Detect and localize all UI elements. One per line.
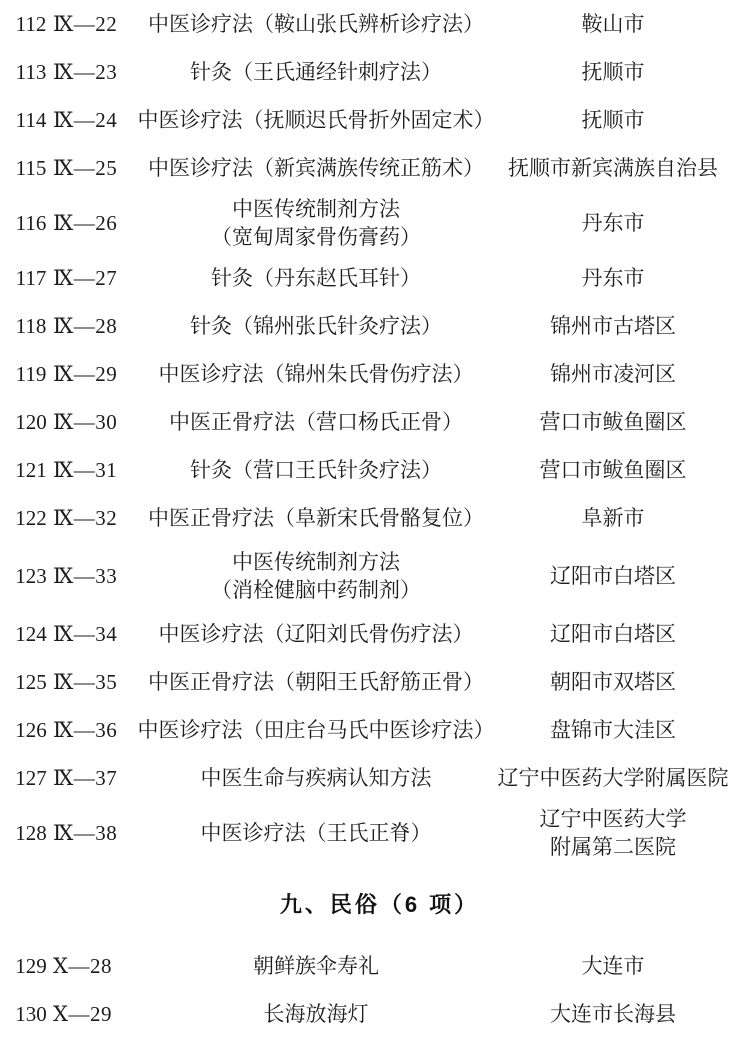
row-code: Ⅸ—38	[53, 821, 111, 846]
row-number: 128	[0, 821, 53, 846]
item-name: 中医诊疗法（王氏正脊）	[111, 819, 497, 847]
table-row: 112 Ⅸ—22 中医诊疗法（鞍山张氏辨析诊疗法） 鞍山市	[0, 0, 729, 48]
row-code: Ⅸ—33	[53, 564, 111, 589]
row-number: 122	[0, 506, 53, 531]
item-location-line: 锦州市凌河区	[497, 360, 729, 388]
item-name-line: 中医诊疗法（抚顺迟氏骨折外固定术）	[135, 106, 497, 134]
item-location: 阜新市	[497, 504, 729, 532]
item-name: 中医生命与疾病认知方法	[111, 764, 497, 792]
item-location: 锦州市凌河区	[497, 360, 729, 388]
item-location: 抚顺市新宾满族自治县	[497, 154, 729, 182]
item-name-line: 中医传统制剂方法	[135, 548, 497, 576]
item-name-line: 中医诊疗法（鞍山张氏辨析诊疗法）	[135, 10, 497, 38]
item-name-line: 针灸（营口王氏针灸疗法）	[135, 456, 497, 484]
table-row: 128 Ⅸ—38 中医诊疗法（王氏正脊） 辽宁中医药大学附属第二医院	[0, 802, 729, 864]
item-name-line: 针灸（王氏通经针刺疗法）	[135, 58, 497, 86]
item-location-line: 抚顺市	[497, 58, 729, 86]
item-name: 中医诊疗法（田庄台马氏中医诊疗法）	[111, 716, 497, 744]
table-row: 113 Ⅸ—23 针灸（王氏通经针刺疗法） 抚顺市	[0, 48, 729, 96]
item-location: 丹东市	[497, 264, 729, 292]
row-code: Ⅸ—22	[53, 12, 111, 37]
row-number: 121	[0, 458, 53, 483]
table-row: 123 Ⅸ—33 中医传统制剂方法（消栓健脑中药制剂） 辽阳市白塔区	[0, 542, 729, 610]
folk-customs-table: 129 Ⅹ—28 朝鲜族伞寿礼 大连市 130 Ⅹ—29 长海放海灯 大连市长海…	[0, 942, 729, 1038]
item-name-line: 中医生命与疾病认知方法	[135, 764, 497, 792]
row-number: 114	[0, 108, 53, 133]
item-name: 中医诊疗法（新宾满族传统正筋术）	[111, 154, 497, 182]
item-name-line: 中医诊疗法（田庄台马氏中医诊疗法）	[135, 716, 497, 744]
item-name: 针灸（营口王氏针灸疗法）	[111, 456, 497, 484]
item-location-line: 阜新市	[497, 504, 729, 532]
item-location-line: 大连市	[497, 952, 729, 980]
row-code: Ⅸ—26	[53, 211, 111, 236]
item-location-line: 抚顺市	[497, 106, 729, 134]
row-number: 120	[0, 410, 53, 435]
row-code: Ⅹ—29	[53, 1002, 111, 1027]
item-location: 大连市	[497, 952, 729, 980]
item-name: 长海放海灯	[111, 1000, 497, 1028]
row-code: Ⅸ—30	[53, 410, 111, 435]
item-location: 营口市鲅鱼圈区	[497, 408, 729, 436]
item-name-line: 针灸（丹东赵氏耳针）	[135, 264, 497, 292]
item-location: 营口市鲅鱼圈区	[497, 456, 729, 484]
row-code: Ⅹ—28	[53, 954, 111, 979]
row-code: Ⅸ—37	[53, 766, 111, 791]
item-location: 朝阳市双塔区	[497, 668, 729, 696]
item-location: 辽阳市白塔区	[497, 562, 729, 590]
row-code: Ⅸ—27	[53, 266, 111, 291]
row-number: 112	[0, 12, 53, 37]
row-code: Ⅸ—29	[53, 362, 111, 387]
item-location: 辽阳市白塔区	[497, 620, 729, 648]
table-row: 130 Ⅹ—29 长海放海灯 大连市长海县	[0, 990, 729, 1038]
row-number: 113	[0, 60, 53, 85]
table-row: 120 Ⅸ—30 中医正骨疗法（营口杨氏正骨） 营口市鲅鱼圈区	[0, 398, 729, 446]
item-name-line: 中医正骨疗法（营口杨氏正骨）	[135, 408, 497, 436]
item-location-line: 营口市鲅鱼圈区	[497, 456, 729, 484]
item-location-line: 丹东市	[497, 209, 729, 237]
item-name-line: 中医正骨疗法（阜新宋氏骨骼复位）	[135, 504, 497, 532]
table-row: 121 Ⅸ—31 针灸（营口王氏针灸疗法） 营口市鲅鱼圈区	[0, 446, 729, 494]
table-row: 119 Ⅸ—29 中医诊疗法（锦州朱氏骨伤疗法） 锦州市凌河区	[0, 350, 729, 398]
row-number: 124	[0, 622, 53, 647]
item-name: 中医传统制剂方法（宽甸周家骨伤膏药）	[111, 195, 497, 251]
item-name: 中医诊疗法（抚顺迟氏骨折外固定术）	[111, 106, 497, 134]
document-page: 112 Ⅸ—22 中医诊疗法（鞍山张氏辨析诊疗法） 鞍山市 113 Ⅸ—23 针…	[0, 0, 729, 1039]
item-name: 中医诊疗法（锦州朱氏骨伤疗法）	[111, 360, 497, 388]
item-name-line: （宽甸周家骨伤膏药）	[135, 223, 497, 251]
item-name-line: 针灸（锦州张氏针灸疗法）	[135, 312, 497, 340]
item-location-line: 盘锦市大洼区	[497, 716, 729, 744]
row-code: Ⅸ—32	[53, 506, 111, 531]
row-code: Ⅸ—34	[53, 622, 111, 647]
row-number: 126	[0, 718, 53, 743]
item-location: 鞍山市	[497, 10, 729, 38]
item-name: 中医正骨疗法（阜新宋氏骨骼复位）	[111, 504, 497, 532]
item-location: 丹东市	[497, 209, 729, 237]
item-name-line: 朝鲜族伞寿礼	[135, 952, 497, 980]
table-row: 118 Ⅸ—28 针灸（锦州张氏针灸疗法） 锦州市古塔区	[0, 302, 729, 350]
item-name-line: 中医诊疗法（新宾满族传统正筋术）	[135, 154, 497, 182]
item-location-line: 附属第二医院	[497, 833, 729, 861]
item-location: 抚顺市	[497, 58, 729, 86]
item-name: 中医传统制剂方法（消栓健脑中药制剂）	[111, 548, 497, 604]
item-location-line: 朝阳市双塔区	[497, 668, 729, 696]
item-location-line: 辽阳市白塔区	[497, 620, 729, 648]
row-code: Ⅸ—35	[53, 670, 111, 695]
item-name-line: 中医诊疗法（锦州朱氏骨伤疗法）	[135, 360, 497, 388]
row-number: 119	[0, 362, 53, 387]
row-code: Ⅸ—25	[53, 156, 111, 181]
item-location-line: 大连市长海县	[497, 1000, 729, 1028]
section-heading-wrap: 九、民俗（6 项）	[0, 864, 729, 942]
item-name: 朝鲜族伞寿礼	[111, 952, 497, 980]
item-location: 盘锦市大洼区	[497, 716, 729, 744]
item-name: 中医诊疗法（辽阳刘氏骨伤疗法）	[111, 620, 497, 648]
row-code: Ⅸ—23	[53, 60, 111, 85]
table-row: 122 Ⅸ—32 中医正骨疗法（阜新宋氏骨骼复位） 阜新市	[0, 494, 729, 542]
item-name-line: （消栓健脑中药制剂）	[135, 576, 497, 604]
item-location: 锦州市古塔区	[497, 312, 729, 340]
row-number: 130	[0, 1002, 53, 1027]
row-number: 116	[0, 211, 53, 236]
item-name: 中医正骨疗法（营口杨氏正骨）	[111, 408, 497, 436]
row-code: Ⅸ—24	[53, 108, 111, 133]
item-name-line: 中医诊疗法（王氏正脊）	[135, 819, 497, 847]
row-number: 123	[0, 564, 53, 589]
item-location: 大连市长海县	[497, 1000, 729, 1028]
item-name: 针灸（锦州张氏针灸疗法）	[111, 312, 497, 340]
section-heading: 九、民俗（6 项）	[250, 888, 479, 919]
item-location: 辽宁中医药大学附属第二医院	[497, 805, 729, 861]
table-row: 114 Ⅸ—24 中医诊疗法（抚顺迟氏骨折外固定术） 抚顺市	[0, 96, 729, 144]
table-row: 127 Ⅸ—37 中医生命与疾病认知方法 辽宁中医药大学附属医院	[0, 754, 729, 802]
table-row: 126 Ⅸ—36 中医诊疗法（田庄台马氏中医诊疗法） 盘锦市大洼区	[0, 706, 729, 754]
item-name-line: 长海放海灯	[135, 1000, 497, 1028]
item-location-line: 鞍山市	[497, 10, 729, 38]
table-row: 115 Ⅸ—25 中医诊疗法（新宾满族传统正筋术） 抚顺市新宾满族自治县	[0, 144, 729, 192]
item-name: 针灸（王氏通经针刺疗法）	[111, 58, 497, 86]
table-row: 117 Ⅸ—27 针灸（丹东赵氏耳针） 丹东市	[0, 254, 729, 302]
row-number: 125	[0, 670, 53, 695]
row-number: 127	[0, 766, 53, 791]
item-location-line: 辽宁中医药大学附属医院	[497, 764, 729, 792]
item-location-line: 营口市鲅鱼圈区	[497, 408, 729, 436]
item-name: 中医诊疗法（鞍山张氏辨析诊疗法）	[111, 10, 497, 38]
table-row: 116 Ⅸ—26 中医传统制剂方法（宽甸周家骨伤膏药） 丹东市	[0, 192, 729, 254]
row-number: 118	[0, 314, 53, 339]
row-code: Ⅸ—31	[53, 458, 111, 483]
item-location-line: 辽阳市白塔区	[497, 562, 729, 590]
row-number: 115	[0, 156, 53, 181]
row-number: 129	[0, 954, 53, 979]
table-row: 124 Ⅸ—34 中医诊疗法（辽阳刘氏骨伤疗法） 辽阳市白塔区	[0, 610, 729, 658]
item-location: 抚顺市	[497, 106, 729, 134]
item-name-line: 中医传统制剂方法	[135, 195, 497, 223]
row-code: Ⅸ—36	[53, 718, 111, 743]
table-row: 129 Ⅹ—28 朝鲜族伞寿礼 大连市	[0, 942, 729, 990]
table-row: 125 Ⅸ—35 中医正骨疗法（朝阳王氏舒筋正骨） 朝阳市双塔区	[0, 658, 729, 706]
item-location-line: 丹东市	[497, 264, 729, 292]
item-location-line: 锦州市古塔区	[497, 312, 729, 340]
item-location-line: 辽宁中医药大学	[497, 805, 729, 833]
traditional-medicine-table: 112 Ⅸ—22 中医诊疗法（鞍山张氏辨析诊疗法） 鞍山市 113 Ⅸ—23 针…	[0, 0, 729, 864]
item-name: 针灸（丹东赵氏耳针）	[111, 264, 497, 292]
item-name-line: 中医诊疗法（辽阳刘氏骨伤疗法）	[135, 620, 497, 648]
row-code: Ⅸ—28	[53, 314, 111, 339]
item-name-line: 中医正骨疗法（朝阳王氏舒筋正骨）	[135, 668, 497, 696]
item-location: 辽宁中医药大学附属医院	[497, 764, 729, 792]
item-location-line: 抚顺市新宾满族自治县	[497, 154, 729, 182]
row-number: 117	[0, 266, 53, 291]
item-name: 中医正骨疗法（朝阳王氏舒筋正骨）	[111, 668, 497, 696]
